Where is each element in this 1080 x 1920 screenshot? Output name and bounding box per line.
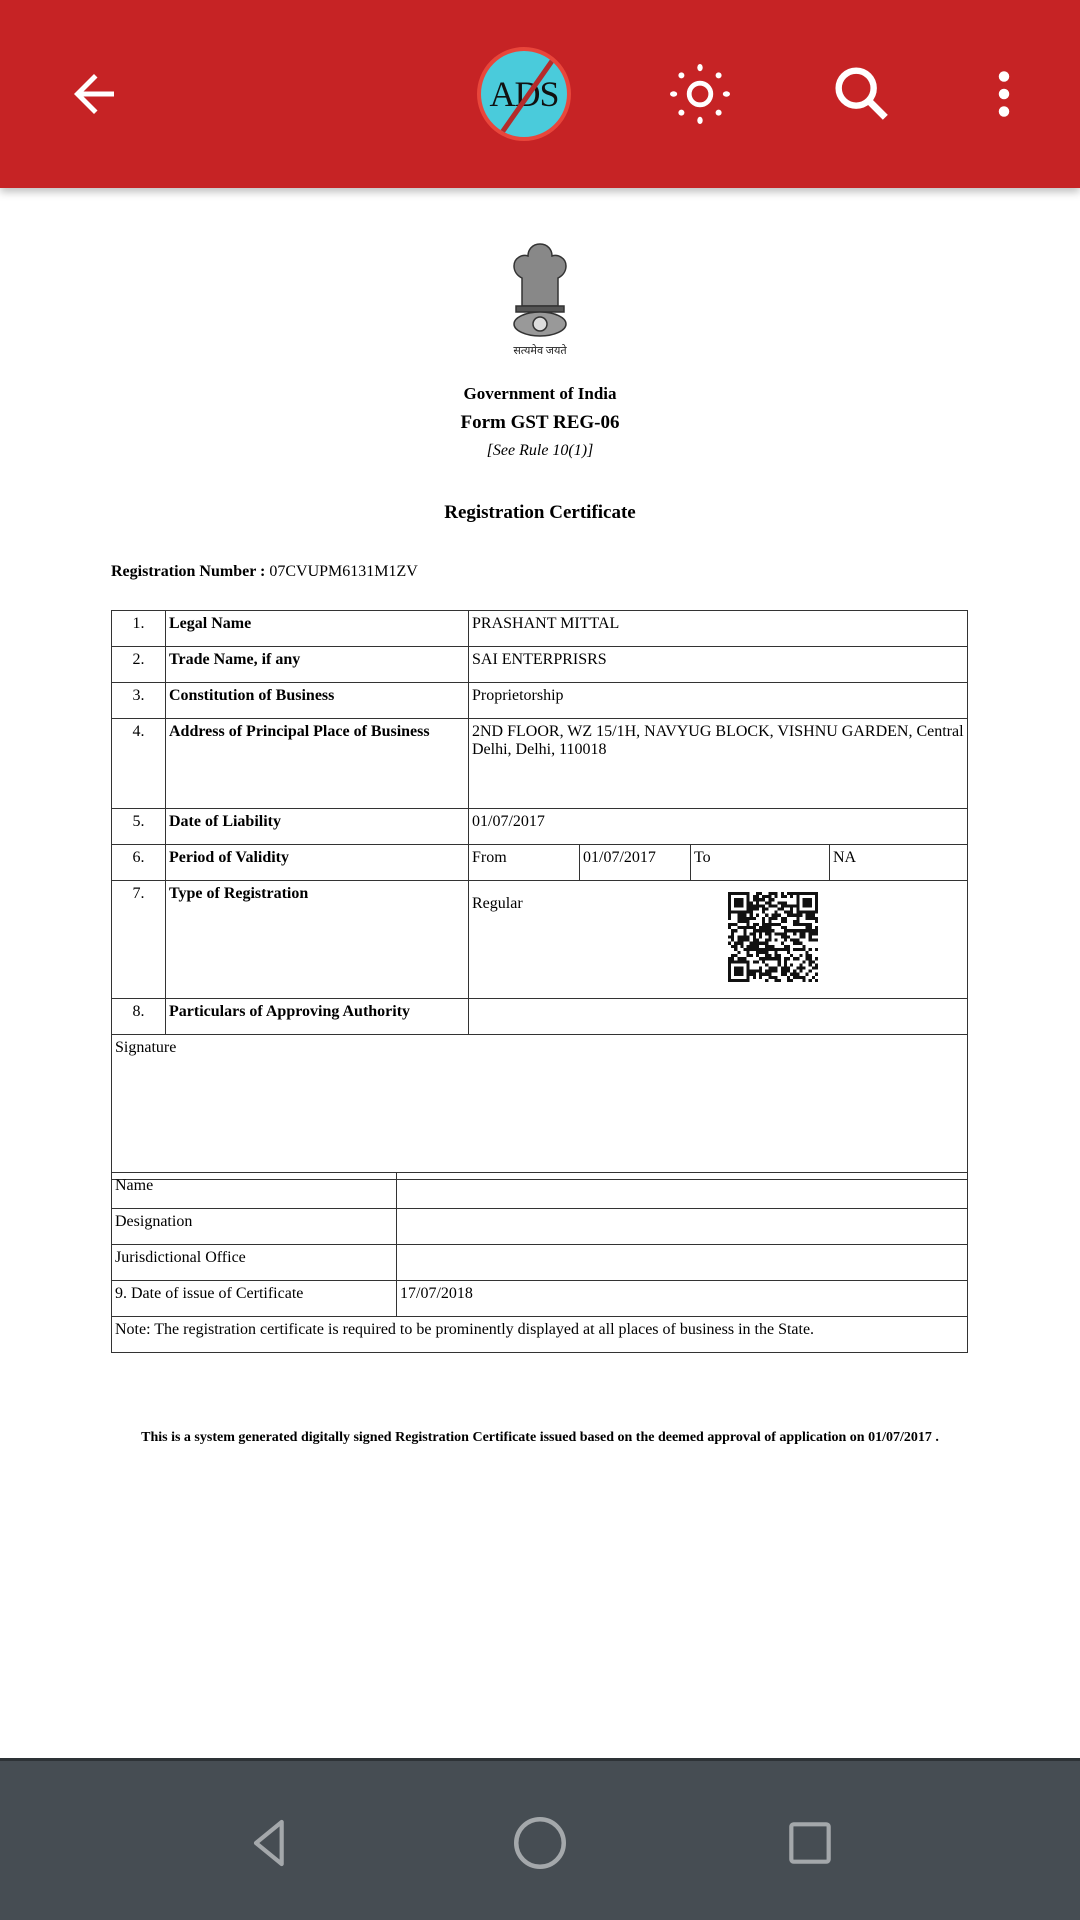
table-row: 7. Type of Registration Regular bbox=[112, 881, 968, 999]
back-button[interactable] bbox=[54, 54, 134, 134]
table-row: Name bbox=[112, 1173, 968, 1209]
authority-label: Designation bbox=[112, 1209, 397, 1245]
nav-back-icon bbox=[242, 1815, 298, 1871]
table-row: 8. Particulars of Approving Authority bbox=[112, 999, 968, 1035]
arrow-left-icon bbox=[64, 64, 124, 124]
system-generated-note: This is a system generated digitally sig… bbox=[0, 1430, 1080, 1446]
no-ads-icon: ADS bbox=[477, 47, 571, 141]
row-value: PRASHANT MITTAL bbox=[469, 611, 968, 647]
row-value bbox=[469, 999, 968, 1035]
registration-number: Registration Number : 07CVUPM6131M1ZV bbox=[111, 563, 418, 581]
row-number: 4. bbox=[112, 719, 166, 809]
certificate-note: Note: The registration certificate is re… bbox=[112, 1317, 968, 1353]
row-value: 01/07/2017 bbox=[469, 809, 968, 845]
table-row: 1. Legal Name PRASHANT MITTAL bbox=[112, 611, 968, 647]
authority-label: Name bbox=[112, 1173, 397, 1209]
document-view[interactable]: सत्यमेव जयते Government of India Form GS… bbox=[0, 188, 1080, 1758]
row-number: 1. bbox=[112, 611, 166, 647]
row-label: Particulars of Approving Authority bbox=[166, 999, 469, 1035]
government-heading: Government of India bbox=[0, 384, 1080, 404]
table-row: 6. Period of Validity From 01/07/2017 To… bbox=[112, 845, 968, 881]
validity-to-label: To bbox=[691, 845, 830, 881]
note-row: Note: The registration certificate is re… bbox=[112, 1317, 968, 1353]
validity-to-value: NA bbox=[830, 845, 968, 881]
authority-value: 17/07/2018 bbox=[397, 1281, 968, 1317]
table-row: 3. Constitution of Business Proprietorsh… bbox=[112, 683, 968, 719]
rule-reference: [See Rule 10(1)] bbox=[0, 442, 1080, 460]
nav-home-button[interactable] bbox=[508, 1811, 572, 1875]
authority-value bbox=[397, 1209, 968, 1245]
validity-from-value: 01/07/2017 bbox=[580, 845, 691, 881]
row-number: 5. bbox=[112, 809, 166, 845]
row-value: Regular bbox=[469, 881, 968, 999]
certificate-title: Registration Certificate bbox=[0, 502, 1080, 524]
validity-from-label: From bbox=[469, 845, 580, 881]
form-title: Form GST REG-06 bbox=[0, 412, 1080, 434]
nav-recents-button[interactable] bbox=[778, 1811, 842, 1875]
authority-label: Jurisdictional Office bbox=[112, 1245, 397, 1281]
row-value: SAI ENTERPRISRS bbox=[469, 647, 968, 683]
system-nav-bar bbox=[0, 1758, 1080, 1920]
nav-home-icon bbox=[510, 1813, 570, 1873]
row-label: Date of Liability bbox=[166, 809, 469, 845]
row-label: Legal Name bbox=[166, 611, 469, 647]
brightness-button[interactable] bbox=[660, 54, 740, 134]
authority-value bbox=[397, 1173, 968, 1209]
certificate-table: 1. Legal Name PRASHANT MITTAL 2. Trade N… bbox=[111, 610, 968, 1180]
more-options-button[interactable] bbox=[964, 54, 1044, 134]
remove-ads-button[interactable]: ADS bbox=[474, 44, 574, 144]
signature-row: Signature bbox=[112, 1035, 968, 1180]
authority-label: 9. Date of issue of Certificate bbox=[112, 1281, 397, 1317]
row-label: Constitution of Business bbox=[166, 683, 469, 719]
nav-recents-icon bbox=[782, 1815, 838, 1871]
more-vert-icon bbox=[974, 64, 1034, 124]
signature-label: Signature bbox=[112, 1035, 968, 1180]
nav-back-button[interactable] bbox=[238, 1811, 302, 1875]
ads-label: ADS bbox=[489, 73, 558, 115]
row-number: 2. bbox=[112, 647, 166, 683]
row-label: Address of Principal Place of Business bbox=[166, 719, 469, 809]
row-number: 7. bbox=[112, 881, 166, 999]
app-bar: ADS bbox=[0, 0, 1080, 188]
row-value: Proprietorship bbox=[469, 683, 968, 719]
table-row: Designation bbox=[112, 1209, 968, 1245]
national-emblem-icon: सत्यमेव जयते bbox=[500, 240, 580, 360]
table-row: 9. Date of issue of Certificate 17/07/20… bbox=[112, 1281, 968, 1317]
table-row: 5. Date of Liability 01/07/2017 bbox=[112, 809, 968, 845]
table-row: 4. Address of Principal Place of Busines… bbox=[112, 719, 968, 809]
search-button[interactable] bbox=[822, 54, 902, 134]
registration-number-label: Registration Number : bbox=[111, 563, 265, 580]
table-row: 2. Trade Name, if any SAI ENTERPRISRS bbox=[112, 647, 968, 683]
row-number: 8. bbox=[112, 999, 166, 1035]
row-number: 6. bbox=[112, 845, 166, 881]
row-label: Trade Name, if any bbox=[166, 647, 469, 683]
row-number: 3. bbox=[112, 683, 166, 719]
svg-text:सत्यमेव जयते: सत्यमेव जयते bbox=[513, 344, 567, 357]
search-icon bbox=[827, 59, 897, 129]
qr-code-icon bbox=[728, 892, 818, 982]
row-label: Type of Registration bbox=[166, 881, 469, 999]
brightness-icon bbox=[664, 58, 736, 130]
registration-number-value: 07CVUPM6131M1ZV bbox=[269, 563, 417, 580]
authority-value bbox=[397, 1245, 968, 1281]
row-label: Period of Validity bbox=[166, 845, 469, 881]
table-row: Jurisdictional Office bbox=[112, 1245, 968, 1281]
authority-table: Name Designation Jurisdictional Office 9… bbox=[111, 1172, 968, 1353]
row-value: 2ND FLOOR, WZ 15/1H, NAVYUG BLOCK, VISHN… bbox=[469, 719, 968, 809]
